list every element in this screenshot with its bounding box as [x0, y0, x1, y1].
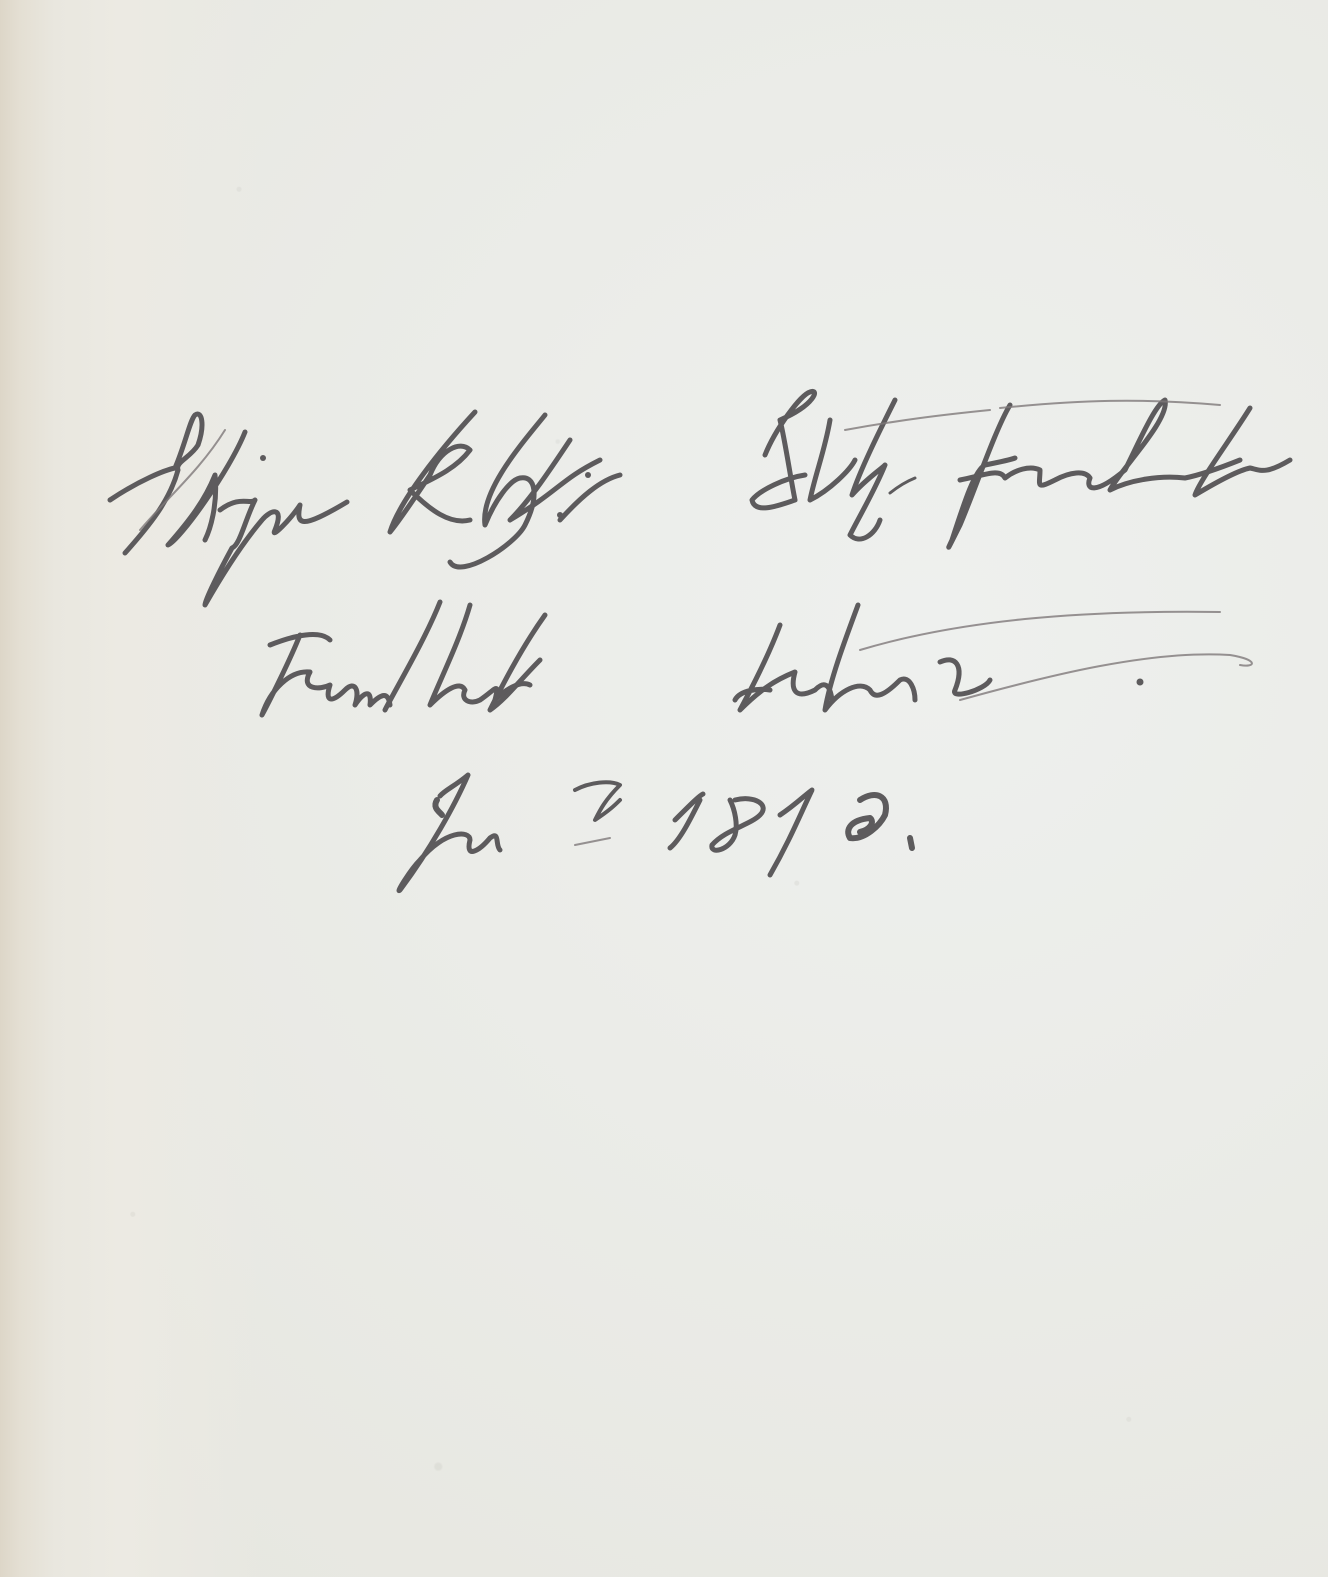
- handwriting: [0, 0, 1328, 1577]
- line-1-handwriting: [110, 391, 1290, 605]
- line-3-handwriting: [399, 775, 912, 891]
- line-2-handwriting: [262, 602, 1252, 715]
- paper-page: Eliza Robt: Fitz-Gerald From the Author.…: [0, 0, 1328, 1577]
